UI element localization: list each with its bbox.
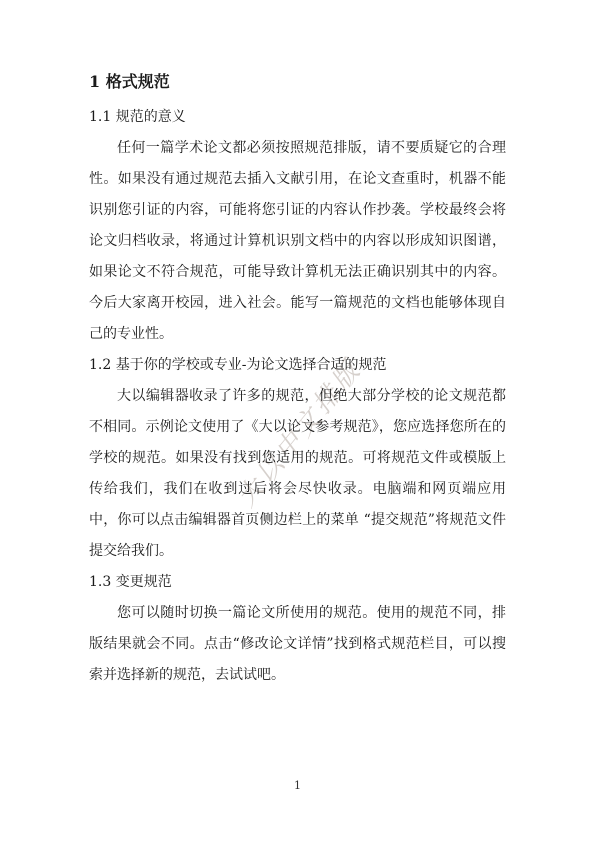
chapter-heading: 1 格式规范 [89,70,506,94]
section-3-paragraph: 您可以随时切换一篇论文所使用的规范。使用的规范不同，排版结果就会不同。点击“修改… [89,598,506,691]
section-3-heading: 1.3 变更规范 [89,567,506,598]
section-1: 1.1 规范的意义 任何一篇学术论文都必须按照规范排版，请不要质疑它的合理性。如… [89,102,506,350]
section-3: 1.3 变更规范 您可以随时切换一篇论文所使用的规范。使用的规范不同，排版结果就… [89,567,506,691]
section-2: 1.2 基于你的学校或专业-为论文选择合适的规范 大以编辑器收录了许多的规范，但… [89,350,506,567]
section-1-heading: 1.1 规范的意义 [89,102,506,133]
section-1-paragraph: 任何一篇学术论文都必须按照规范排版，请不要质疑它的合理性。如果没有通过规范去插入… [89,133,506,350]
section-2-paragraph: 大以编辑器收录了许多的规范，但绝大部分学校的论文规范都不相同。示例论文使用了《大… [89,381,506,567]
document-content: 1 格式规范 1.1 规范的意义 任何一篇学术论文都必须按照规范排版，请不要质疑… [89,70,506,691]
page-number: 1 [0,779,595,792]
section-2-heading: 1.2 基于你的学校或专业-为论文选择合适的规范 [89,350,506,381]
document-page: 大以中文排版 1 格式规范 1.1 规范的意义 任何一篇学术论文都必须按照规范排… [0,0,595,842]
